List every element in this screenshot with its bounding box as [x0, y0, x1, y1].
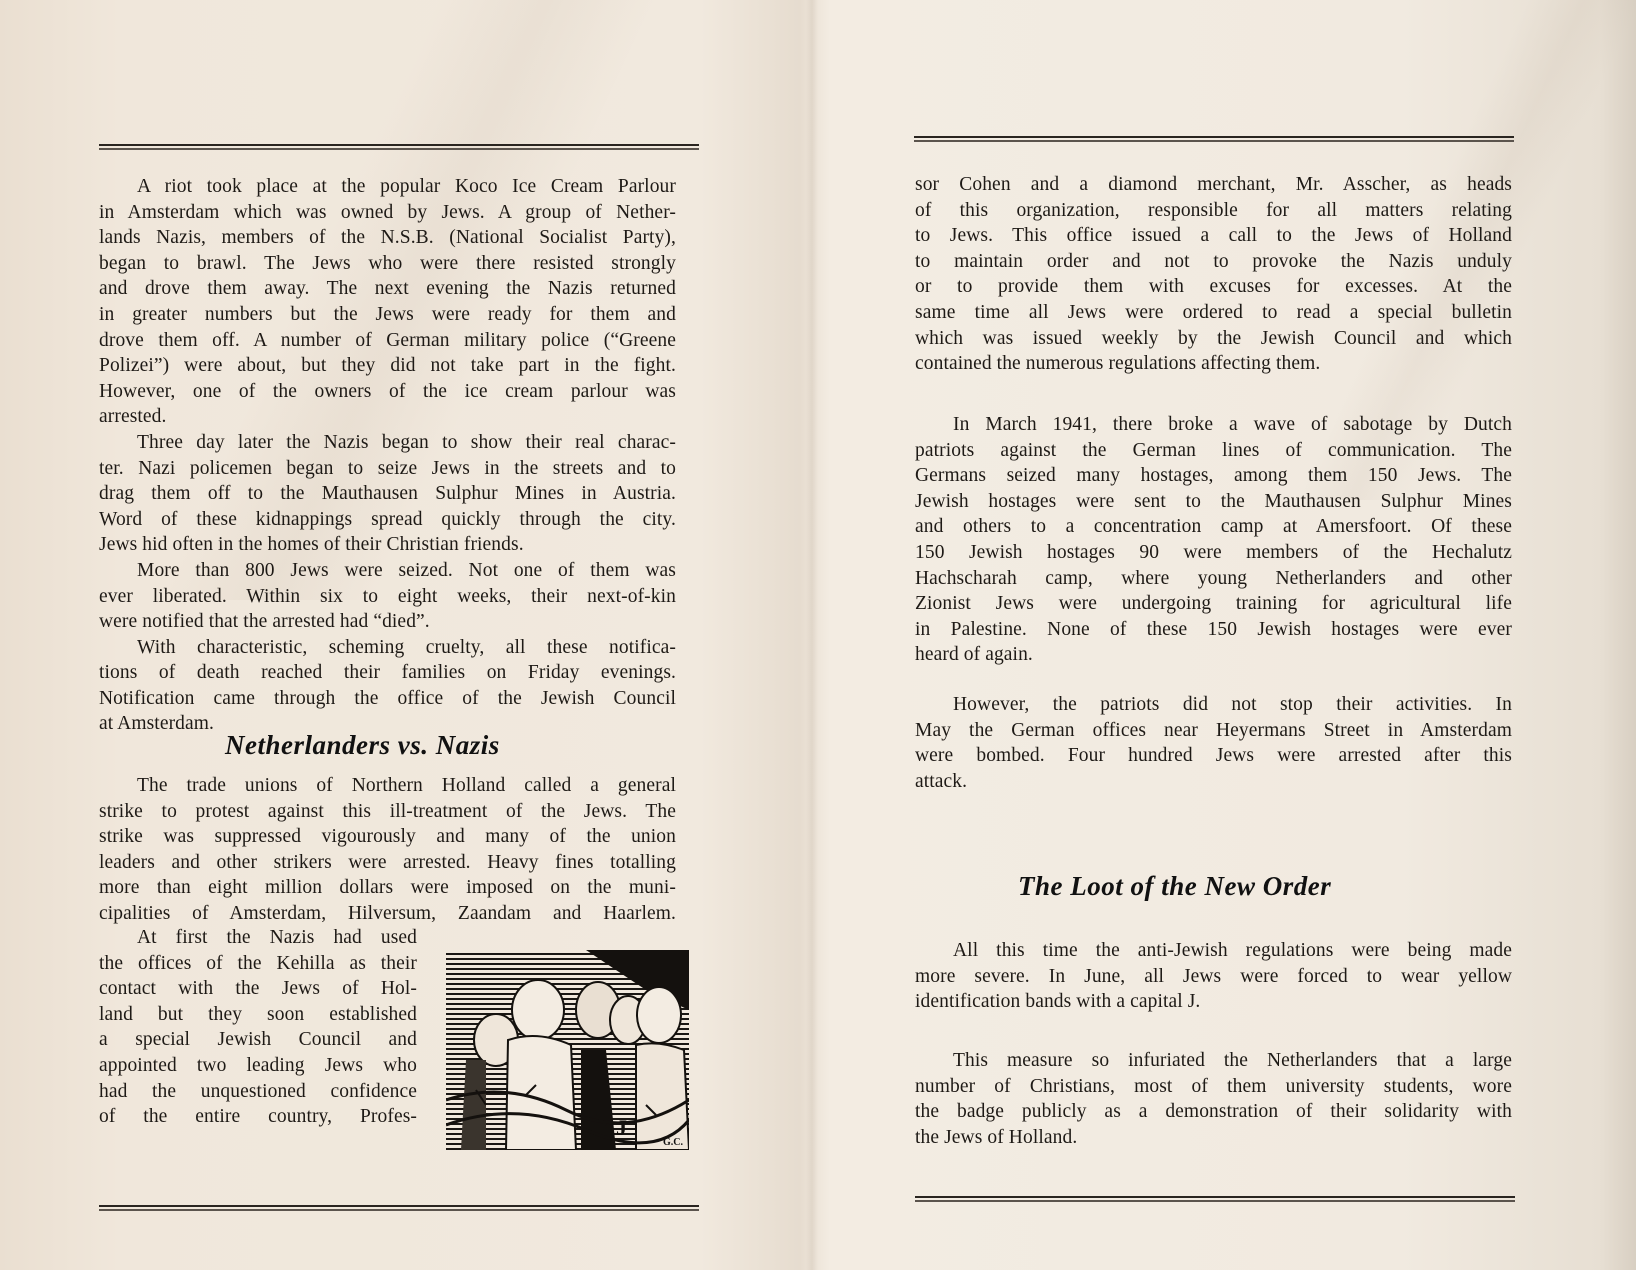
- text-line: Jews hid often in the homes of their Chr…: [99, 532, 676, 558]
- text-line: This measure so infuriated the Netherlan…: [915, 1048, 1512, 1074]
- top-rule: [914, 136, 1514, 142]
- text-line: drag them off to the Mauthausen Sulphur …: [99, 481, 676, 507]
- text-line: cipalities of Amsterdam, Hilversum, Zaan…: [99, 901, 676, 927]
- paragraph: sor Cohen and a diamond merchant, Mr. As…: [915, 172, 1512, 377]
- section-heading: Netherlanders vs. Nazis: [225, 730, 500, 761]
- text-line: were notified that the arrested had “die…: [99, 609, 676, 635]
- text-line: were bombed. Four hundred Jews were arre…: [915, 743, 1512, 769]
- text-line: Hachscharah camp, where young Netherland…: [915, 566, 1512, 592]
- paragraph: All this time the anti-Jewish regulation…: [915, 938, 1512, 1015]
- paragraph: However, the patriots did not stop their…: [915, 692, 1512, 794]
- text-line: drove them off. A number of German milit…: [99, 328, 676, 354]
- paragraph: Three day later the Nazis began to show …: [99, 430, 676, 558]
- text-line: However, the patriots did not stop their…: [915, 692, 1512, 718]
- top-rule: [99, 144, 699, 150]
- text-line: had the unquestioned confidence: [99, 1079, 417, 1105]
- left-page: A riot took place at the popular Koco Ic…: [0, 0, 812, 1270]
- text-line: of the entire country, Profes-: [99, 1104, 417, 1130]
- booklet-spread: A riot took place at the popular Koco Ic…: [0, 0, 1636, 1270]
- text-line: More than 800 Jews were seized. Not one …: [99, 558, 676, 584]
- text-line: At first the Nazis had used: [99, 925, 417, 951]
- paragraph: A riot took place at the popular Koco Ic…: [99, 174, 676, 430]
- text-line: and drove them away. The next evening th…: [99, 276, 676, 302]
- right-section-column: This measure so infuriated the Netherlan…: [915, 1048, 1512, 1150]
- text-line: 150 Jewish hostages 90 were members of t…: [915, 540, 1512, 566]
- text-line: However, one of the owners of the ice cr…: [99, 379, 676, 405]
- text-line: to maintain order and not to provoke the…: [915, 249, 1512, 275]
- text-line: Notification came through the office of …: [99, 686, 676, 712]
- text-line: the badge publicly as a demonstration of…: [915, 1099, 1512, 1125]
- text-line: arrested.: [99, 404, 676, 430]
- text-line: The trade unions of Northern Holland cal…: [99, 773, 676, 799]
- svg-text:J: J: [616, 1115, 627, 1140]
- section-heading: The Loot of the New Order: [1018, 871, 1331, 902]
- text-line: number of Christians, most of them unive…: [915, 1074, 1512, 1100]
- bottom-rule: [915, 1196, 1515, 1202]
- paragraph: More than 800 Jews were seized. Not one …: [99, 558, 676, 635]
- text-line: All this time the anti-Jewish regulation…: [915, 938, 1512, 964]
- text-line: in greater numbers but the Jews were rea…: [99, 302, 676, 328]
- text-line: In March 1941, there broke a wave of sab…: [915, 412, 1512, 438]
- text-line: a special Jewish Council and: [99, 1027, 417, 1053]
- text-line: more than eight million dollars were imp…: [99, 875, 676, 901]
- text-line: Zionist Jews were undergoing training fo…: [915, 591, 1512, 617]
- text-line: contact with the Jews of Hol-: [99, 976, 417, 1002]
- text-line: heard of again.: [915, 642, 1512, 668]
- text-line: attack.: [915, 769, 1512, 795]
- barbed-wire-illustration: J G.C.: [446, 950, 689, 1150]
- paragraph: In March 1941, there broke a wave of sab…: [915, 412, 1512, 668]
- text-line: which was issued weekly by the Jewish Co…: [915, 326, 1512, 352]
- text-line: ever liberated. Within six to eight week…: [99, 584, 676, 610]
- text-line: Germans seized many hostages, among them…: [915, 463, 1512, 489]
- text-line: Polizei”) were about, but they did not t…: [99, 353, 676, 379]
- text-line: to Jews. This office issued a call to th…: [915, 223, 1512, 249]
- text-line: lands Nazis, members of the N.S.B. (Nati…: [99, 225, 676, 251]
- paragraph: This measure so infuriated the Netherlan…: [915, 1048, 1512, 1150]
- text-line: With characteristic, scheming cruelty, a…: [99, 635, 676, 661]
- right-section-column: All this time the anti-Jewish regulation…: [915, 938, 1512, 1015]
- text-line: same time all Jews were ordered to read …: [915, 300, 1512, 326]
- right-text-column: sor Cohen and a diamond merchant, Mr. As…: [915, 172, 1512, 377]
- text-line: A riot took place at the popular Koco Ic…: [99, 174, 676, 200]
- people-behind-wire-drawing: J: [446, 950, 689, 1150]
- text-line: May the German offices near Heyermans St…: [915, 718, 1512, 744]
- text-line: in Palestine. None of these 150 Jewish h…: [915, 617, 1512, 643]
- text-line: Jewish hostages were sent to the Mauthau…: [915, 489, 1512, 515]
- text-line: Three day later the Nazis began to show …: [99, 430, 676, 456]
- text-line: patriots against the German lines of com…: [915, 438, 1512, 464]
- text-line: of this organization, responsible for al…: [915, 198, 1512, 224]
- text-line: in Amsterdam which was owned by Jews. A …: [99, 200, 676, 226]
- text-line: sor Cohen and a diamond merchant, Mr. As…: [915, 172, 1512, 198]
- text-line: contained the numerous regulations affec…: [915, 351, 1512, 377]
- text-line: identification bands with a capital J.: [915, 989, 1512, 1015]
- text-line: tions of death reached their families on…: [99, 660, 676, 686]
- text-line: strike to protest against this ill-treat…: [99, 799, 676, 825]
- text-line: or to provide them with excuses for exce…: [915, 274, 1512, 300]
- bottom-rule: [99, 1205, 699, 1211]
- left-text-column: A riot took place at the popular Koco Ic…: [99, 174, 676, 737]
- text-line: land but they soon established: [99, 1002, 417, 1028]
- wrap-text-column: At first the Nazis had used the offices …: [99, 925, 417, 1130]
- paragraph: The trade unions of Northern Holland cal…: [99, 773, 676, 927]
- text-line: ter. Nazi policemen began to seize Jews …: [99, 456, 676, 482]
- text-line: leaders and other strikers were arrested…: [99, 850, 676, 876]
- text-line: more severe. In June, all Jews were forc…: [915, 964, 1512, 990]
- paragraph: With characteristic, scheming cruelty, a…: [99, 635, 676, 737]
- text-line: Word of these kidnappings spread quickly…: [99, 507, 676, 533]
- text-line: strike was suppressed vigourously and ma…: [99, 824, 676, 850]
- text-line: began to brawl. The Jews who were there …: [99, 251, 676, 277]
- illustration-signature: G.C.: [663, 1137, 683, 1148]
- text-line: appointed two leading Jews who: [99, 1053, 417, 1079]
- text-line: the offices of the Kehilla as their: [99, 951, 417, 977]
- right-page: sor Cohen and a diamond merchant, Mr. As…: [812, 0, 1636, 1270]
- paragraph: At first the Nazis had used the offices …: [99, 925, 417, 1130]
- right-text-column: In March 1941, there broke a wave of sab…: [915, 412, 1512, 668]
- right-text-column: However, the patriots did not stop their…: [915, 692, 1512, 794]
- left-section-column: The trade unions of Northern Holland cal…: [99, 773, 676, 927]
- text-line: and others to a concentration camp at Am…: [915, 514, 1512, 540]
- text-line: the Jews of Holland.: [915, 1125, 1512, 1151]
